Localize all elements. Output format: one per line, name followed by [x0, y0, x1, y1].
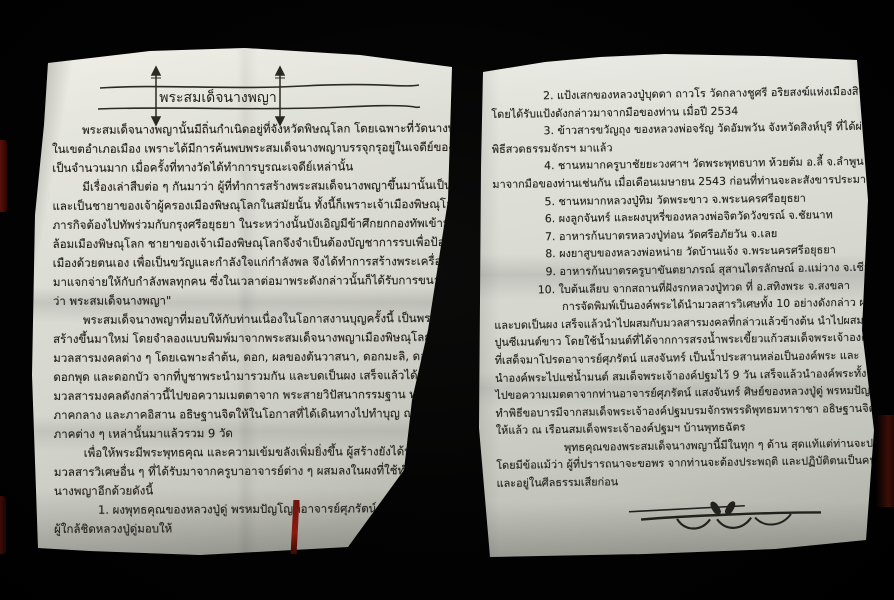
text-line: มวลสารวิเศษอื่น ๆ ที่ได้รับมาจากครูบาอาจ… [54, 461, 450, 482]
end-flourish-divider [625, 492, 836, 538]
red-edge-artifact [0, 140, 7, 212]
text-line: ภาคกลาง และภาคอิสาน อธิษฐานจิตให้ในโอกาส… [53, 404, 449, 425]
text-line: สร้างขึ้นมาใหม่ โดยจำลองแบบพิมพ์มาจากพระ… [53, 328, 449, 349]
text-line: 1. ผงพุทธคุณของหลวงปู่ดู่ พรหมปัญโญที่อา… [98, 499, 450, 520]
left-page: พระสมเด็จนางพญา พระสมเด็จนางพญานั้นมีถิ่… [30, 45, 460, 560]
right-page-text: 2. แป้งเสกของหลวงปู่บุดดา ถาวโร วัดกลางช… [491, 83, 889, 493]
text-line: พระสมเด็จนางพญาที่มอบให้กับท่านเนื่องในโ… [83, 309, 449, 330]
text-line: เป็นจำนวนมาก เมื่อครั้งที่ทางวัดได้ทำการ… [52, 157, 448, 178]
text-line: ดอกพุด และดอกบัว จากที่บูชาพระนำมารวมกัน… [53, 366, 449, 387]
left-page-surface: พระสมเด็จนางพญา พระสมเด็จนางพญานั้นมีถิ่… [30, 45, 460, 560]
text-line: ภารกิจต้องไปทัพร่วมกับกรุงศรีอยุธยา ในระ… [52, 214, 448, 235]
text-line: เพื่อให้พระมีพระพุทธคุณ และความเข้มขลังเ… [84, 442, 450, 463]
right-page-surface: 2. แป้งเสกของหลวงปู่บุดดา ถาวโร วัดกลางช… [475, 48, 894, 563]
title-frame-ornament: พระสมเด็จนางพญา [88, 65, 428, 127]
text-line: มวลสารมงคลดังกล่าวนี้ไปขอความเมตตาจาก พร… [53, 385, 449, 406]
text-line: ภาคต่าง ๆ เหล่านั้นมาแล้วรวม 9 วัด [54, 423, 450, 444]
text-line: นางพญาอีกด้วยดังนี้ [54, 480, 450, 501]
text-line: ในเขตอำเภอเมือง เพราะได้มีการค้นพบพระสมเ… [52, 138, 448, 159]
text-line: มีเรื่องเล่าสืบต่อ ๆ กันมาว่า ผู้ที่ทำกา… [82, 176, 448, 197]
right-page: 2. แป้งเสกของหลวงปู่บุดดา ถาวโร วัดกลางช… [475, 48, 894, 563]
text-line: ล้อมเมืองพิษณุโลก ชายาของเจ้าเมืองพิษณุโ… [53, 233, 449, 254]
document-title: พระสมเด็จนางพญา [159, 88, 276, 106]
left-page-text: พระสมเด็จนางพญานั้นมีถิ่นกำเนิดอยู่ที่จั… [52, 119, 450, 539]
text-line: เมืองด้วยตนเอง เพื่อเป็นขวัญและกำลังใจแก… [53, 252, 449, 273]
text-line: และเป็นชายาของเจ้าผู้ครองเมืองพิษณุโลกใน… [52, 195, 448, 216]
red-edge-artifact [876, 415, 894, 507]
photo-background: พระสมเด็จนางพญา พระสมเด็จนางพญานั้นมีถิ่… [0, 0, 894, 600]
text-line: ว่า พระสมเด็จนางพญา" [53, 290, 449, 311]
text-line: มวลสารมงคลต่าง ๆ โดยเฉพาะลำต้น, ดอก, ผลข… [53, 347, 449, 368]
text-line: มาแจกจ่ายให้กับกำลังพลทุกคน ซึ่งในเวลาต่… [53, 271, 449, 292]
red-edge-artifact [0, 496, 6, 554]
text-line: พระสมเด็จนางพญานั้นมีถิ่นกำเนิดอยู่ที่จั… [82, 119, 448, 140]
text-line: ผู้ใกล้ชิดหลวงปู่ดู่มอบให้ [54, 518, 450, 539]
